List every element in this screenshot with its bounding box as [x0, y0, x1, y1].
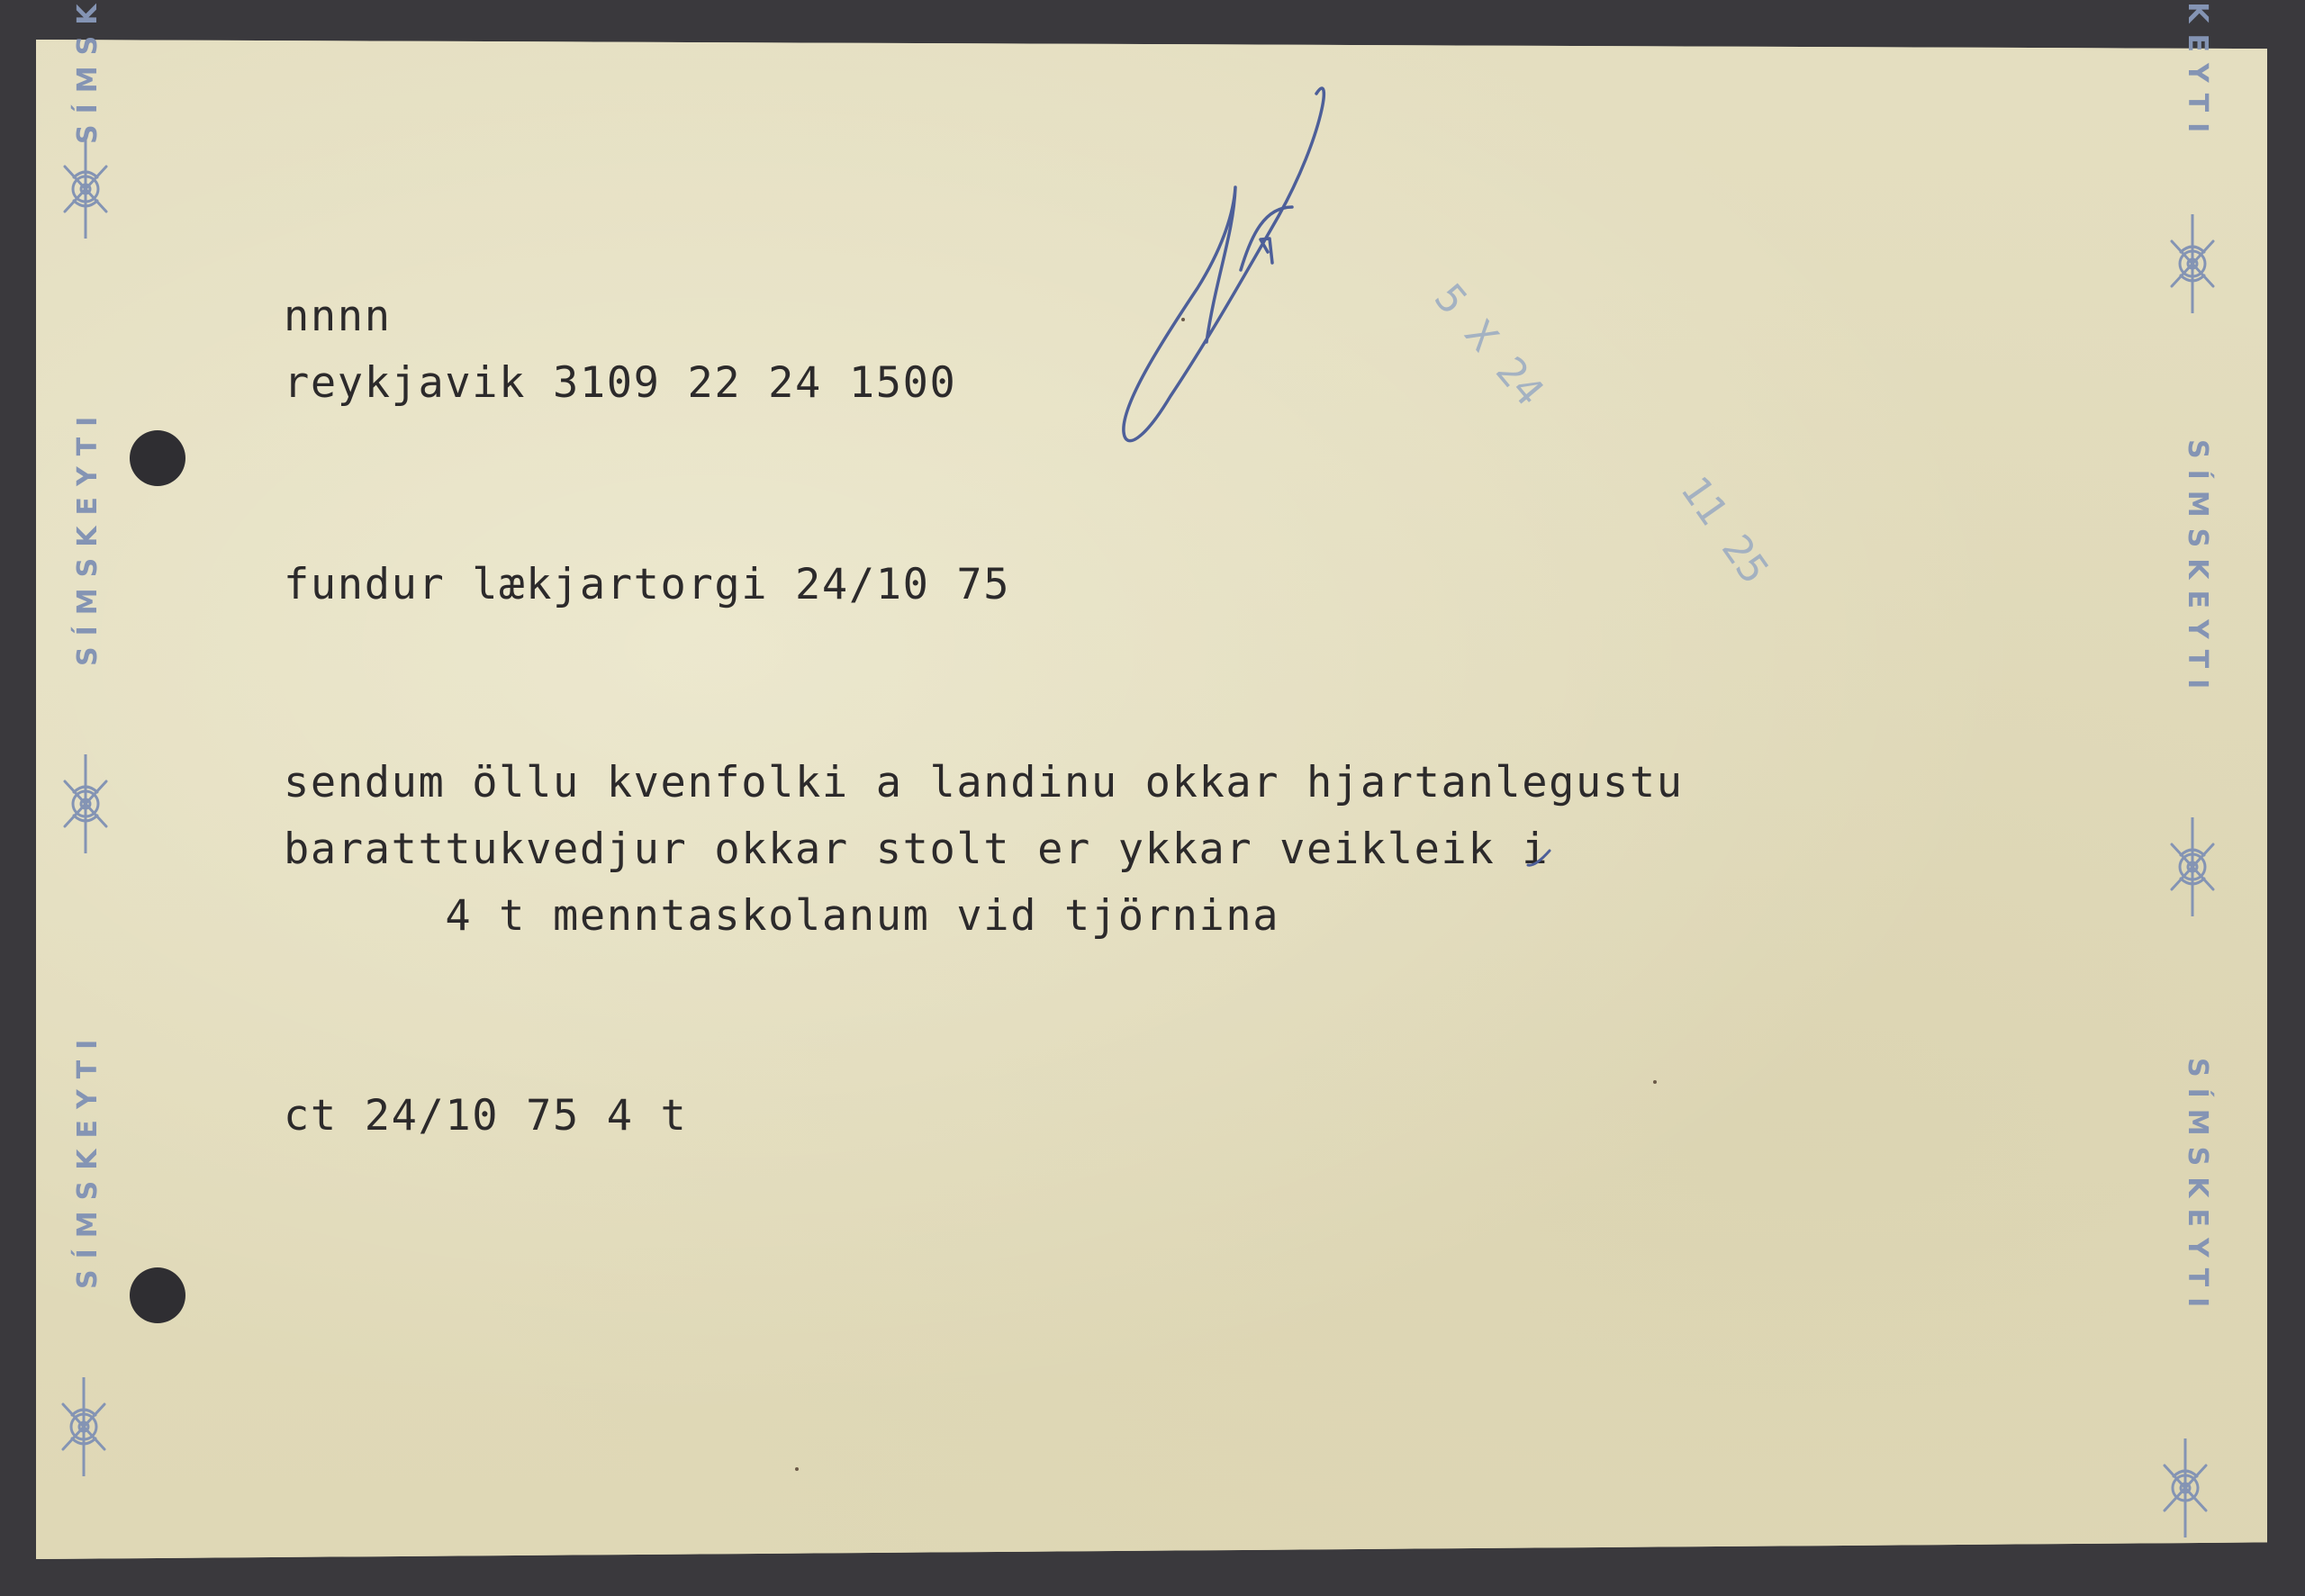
body-line-2: baratttukvedjur okkar stolt er ykkar vei…	[284, 828, 1549, 870]
border-label-right-bottom: SÍMSKEYTI	[2182, 1058, 2213, 1318]
body-line-1: sendum öllu kvenfolki a landinu okkar hj…	[284, 762, 1684, 804]
border-label-left-middle: SÍMSKEYTI	[72, 406, 104, 666]
scan-background: SÍMSKEYTI SÍMSKEYTI SÍMSKEYTI SÍMSKEYTI …	[0, 0, 2305, 1596]
ornament-icon	[2161, 214, 2224, 313]
body-line-3: 4 t menntaskolanum vid tjörnina	[284, 895, 1279, 937]
paper-speck	[795, 1467, 799, 1471]
border-label-left-top: SÍMSKEYTI	[72, 0, 104, 144]
header-code: nnnn	[284, 295, 392, 338]
paper-speck	[1653, 1080, 1657, 1084]
ornament-icon	[2154, 1438, 2217, 1537]
origin-line: reykjavik 3109 22 24 1500	[284, 362, 956, 404]
signature-icon	[1107, 72, 1486, 477]
ornament-icon	[2161, 817, 2224, 916]
footer-line: ct 24/10 75 4 t	[284, 1095, 687, 1137]
addressee-line: fundur lækjartorgi 24/10 75	[284, 564, 1010, 606]
border-label-right-middle: SÍMSKEYTI	[2182, 439, 2213, 699]
punch-hole-bottom	[130, 1267, 185, 1323]
ornament-icon	[52, 1377, 115, 1476]
ornament-icon	[54, 754, 117, 853]
border-label-left-bottom: SÍMSKEYTI	[72, 1029, 104, 1289]
punch-hole-top	[130, 430, 185, 486]
correction-mark-icon	[1526, 842, 1553, 869]
border-label-right-top: SÍMSKEYTI	[2182, 0, 2213, 143]
paper-speck	[1181, 318, 1185, 321]
ornament-icon	[54, 140, 117, 239]
